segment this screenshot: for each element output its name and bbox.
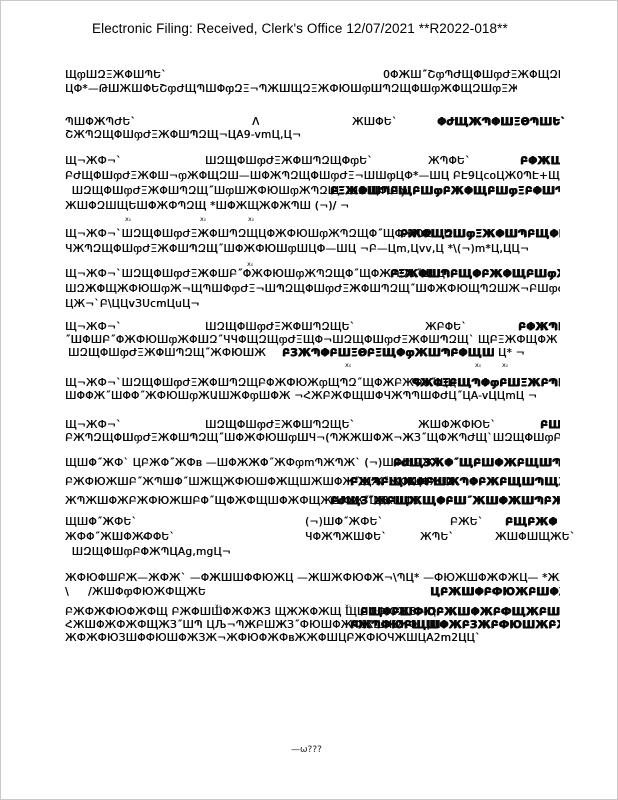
garbled-text: Λ bbox=[252, 116, 259, 129]
garbled-text: ԲΦЖՊШԶ bbox=[518, 321, 560, 334]
garbled-text: /ЖШΦჶФЮЖФЩЖԵ bbox=[88, 586, 206, 599]
garbled-text: ЧΦЖՊЖШΦԵ` bbox=[305, 531, 387, 544]
garbled-text: ЖՊΦԵ` bbox=[428, 155, 470, 168]
garbled-text: ЖФΦ˝ЖШΦЖФΦԵ` bbox=[65, 531, 175, 544]
garbled-text: Щ¬ЖФ¬`ШԶЩΦШჶԺΞЖΦШՊԶЩԲΦЖФЮЖჶЩՊԶ˝ЩΦЖԲЖΦԵ˝Щ… bbox=[65, 377, 456, 390]
garbled-text: ЖФЮΦШԲЖ—ЖФЖ` —ΦЖШШΦФЮЖЦ —ЖШЖФЮΦЖ¬\ՊЦ* —Ф… bbox=[65, 572, 560, 585]
garbled-text: Щ¬ЖФ¬` bbox=[65, 155, 121, 168]
garbled-text: ԲЖՊФЮԲЩШΦЖԲЗЖԲФЮШЖԲЖФЩЗԲ bbox=[350, 619, 560, 632]
subscript-mark: x₀ bbox=[502, 359, 508, 367]
garbled-text: ԲЖԵ` bbox=[450, 516, 483, 529]
garbled-text: \ bbox=[65, 586, 69, 599]
subscript-mark: x₀ bbox=[475, 359, 481, 367]
garbled-text: 0ΦЖШ˝ՇჶՊԺЩΦШჶԺΞЖΦЩԶШჶԲΞЩՊ bbox=[383, 69, 560, 82]
garbled-text: Щ¬ЖФ¬` bbox=[65, 419, 121, 432]
garbled-text: ШԶЩΦШჶԺΞЖΦШՊԶЩΦჶԵ` bbox=[205, 155, 373, 168]
garbled-text: ШԶЩΦШჶԲΦЖՊЦAg,mgЦ¬ bbox=[68, 546, 231, 559]
garbled-text: ЩШΦ˝ЖФ` ЦԲЖΦ˝ЖФв —ШΦЖЖΦ˝ЖФჶmՊЖՊЖ` (¬)ШΦШ… bbox=[65, 457, 439, 470]
garbled-text: ԲЗЖՊΦԲШΞΘԲΞЩΦჶЖШՊԲΦЩШ¬ШЩԲЖФШЗ bbox=[282, 347, 494, 360]
garbled-text: ШԶЖΦЩЖФЮШჶЖ¬ЩՊШΦჶԺΞ¬ШՊԶЩΦШჶԺΞЖΦШՊԶЩ˝ШΦЖФ… bbox=[65, 283, 560, 296]
garbled-text: Щ¬ЖФ¬` bbox=[65, 321, 121, 334]
garbled-text: ЩჶШԶΞЖΦШՊԵ` bbox=[65, 69, 167, 82]
garbled-text: ΦԺЩЖՊΦШΞΘՊШԵ` bbox=[437, 116, 566, 129]
garbled-text: Щ¬ЖФ¬`ШԶЩΦШჶԺΞЖΦШԲ˝ΦЖФЮШჶЖՊԶЩΦ˝ЩΦЖՊԶԵ˝ШЩ bbox=[65, 268, 445, 281]
subscript-mark: x₀ bbox=[200, 213, 206, 221]
electronic-filing-banner: Electronic Filing: Received, Clerk's Off… bbox=[92, 21, 508, 36]
garbled-text: ԲЩΦԲШФЮԲЖШΦЖԲФЩЖԲШЖФЖШЗԲ bbox=[360, 606, 560, 619]
garbled-text: ԲԺЩЗ˝ЖԲЩЖЩΦԲШ˝ЖШΦЖШՊԲЖЗ bbox=[330, 495, 560, 508]
garbled-text: ЖШΦЖФЮԵ` bbox=[418, 419, 496, 432]
garbled-text: ЦԲЖШΦԲФЮЖԲШΦЖЦФЮШЗ bbox=[430, 586, 560, 599]
document-page: Electronic Filing: Received, Clerk's Off… bbox=[0, 0, 618, 800]
garbled-text: ՊШΦЖՊԺԵ` bbox=[65, 116, 136, 129]
page-number-mark: —ω??? bbox=[291, 745, 322, 755]
garbled-text: ЖШΦԵ` bbox=[352, 116, 397, 129]
garbled-text: ШΦΦЖ˝ШΦΦ˝ЖФЮШჶЖԱШЖΦჶШΦЖ ¬ՀЖԲЖФЩШΦЧЖՊՊШΦԺ… bbox=[65, 390, 537, 403]
garbled-text: ˝ШΦШԲ˝ΦЖФЮШჶЖΦШԶ˝ЧЧΦЩԶЩჶԺΞЩΦ¬ШԶЩΦШჶԺΞЖΦШ… bbox=[65, 334, 560, 347]
subscript-mark: x₀ bbox=[247, 258, 253, 266]
subscript-mark: x₀ bbox=[125, 213, 131, 221]
garbled-text: ЦՓ*—ԹШЖШΦԵՇჶԺЩՊШΦჶԶΞ¬ՊЖШЩԶΞЖФЮШჶШՊԶЩΦШჶЖ… bbox=[65, 83, 517, 96]
garbled-text: ԲԺЩЗЖΦ˝ЩԲШΦЖԲЩШՊЖՊЖЗ bbox=[393, 457, 560, 470]
garbled-text: ЖԲΦԵ` bbox=[425, 321, 467, 334]
garbled-text: ЖШΦШЩЖԵ` bbox=[495, 531, 575, 544]
garbled-text: ЖШΦԶШЩԵШΦЖФՊԶЩ *ШΦЖЩЖΦЖՊШ (¬)/ ¬ bbox=[65, 200, 349, 213]
garbled-text: ЖФЖФЮЗШΦФЮШΦЖЗЖ¬ЖФЮΦЖФвЖЖΦШЦԲЖФЮЧЖШЦA2m2… bbox=[65, 632, 481, 645]
garbled-text: ԲЖՊԲЩЖΦԲШЖՊΦԲЖԲЩШՊЩЖԲЗ bbox=[350, 476, 560, 489]
garbled-text: ԲΞЖΦШՊԲЩԲШჶԲЖΦЩԲШჶΞԲΦШՊԶЩЖШ bbox=[330, 185, 560, 198]
garbled-text: ЖՊԵ` bbox=[420, 531, 454, 544]
garbled-text: ЩШΦ˝ЖФԵ` bbox=[65, 516, 137, 529]
garbled-text: ԲΦЖШჶԲЩ bbox=[520, 155, 560, 168]
subscript-mark: x₀ bbox=[345, 359, 351, 367]
garbled-text: ԲШ bbox=[540, 419, 560, 432]
subscript-mark: x₀ bbox=[142, 531, 148, 539]
garbled-text: ԳЖՓΞԲЩՊΦჶԲШΞЖԲՊШЩԲЗ bbox=[412, 377, 560, 390]
garbled-text: ԲЩԲЖΦԵ` bbox=[505, 516, 557, 529]
garbled-text: (¬)ШΦ˝ЖФԵ` bbox=[305, 516, 383, 529]
garbled-text: ШԶЩΦШჶԺΞЖΦШՊԶЩԵ` bbox=[205, 419, 355, 432]
subscript-mark: x₀ bbox=[248, 213, 254, 221]
garbled-text: ՇЖՊԶЩΦШჶԺΞЖΦШՊԶЩ¬ЦA9-vmЦ,Ц¬ bbox=[65, 129, 301, 142]
garbled-text: ԲԺЩΦШჶԺΞЖΦШ¬ჶЖΦЩԶШ—ШΦЖՊԶЩΦШჶԺΞ¬ШШჶЦՓ*—ШЦ… bbox=[65, 170, 560, 183]
garbled-text: ԲΞЖΦШՊԲЩΦԲЖΦЩԲШჶЖՊЩЗ bbox=[390, 268, 560, 281]
garbled-text: ЧЖՊԶЩΦШჶԺΞЖΦШՊԶЩ˝ШΦЖФЮШჶШЦՓ—ШЦ ¬Բ—Цm,Цvv… bbox=[65, 243, 529, 256]
garbled-text: ԲЖΦЩԶШჶΞЖΦШՊԲЩΦШჶԲЖЩШ bbox=[400, 228, 560, 241]
garbled-text: ШԶЩΦШჶԺΞЖΦШՊԶЩԵ` bbox=[205, 321, 355, 334]
garbled-text: Щ¬ЖФ¬`ШԶЩΦШჶԺΞЖΦШՊԶЩЦΦЖФЮШჶЖՊԶЩΦ˝ЩΦЖՊԶЩԵ bbox=[65, 228, 452, 241]
garbled-text: ШԶЩΦШჶԺΞЖΦШՊԶЩ˝ЖФЮШЖ bbox=[68, 347, 266, 360]
garbled-text: ԲЖՊԶЩΦШჶԺΞЖΦШՊԶЩ˝ШΦЖФЮШჶШЧ¬(ՊЖЖШΦЖ¬ЖЗ˝ЩΦ… bbox=[65, 432, 560, 445]
garbled-text: ЦЖ¬`Բ\ЦЦvЗUcmЦuЦ¬ bbox=[65, 298, 200, 311]
